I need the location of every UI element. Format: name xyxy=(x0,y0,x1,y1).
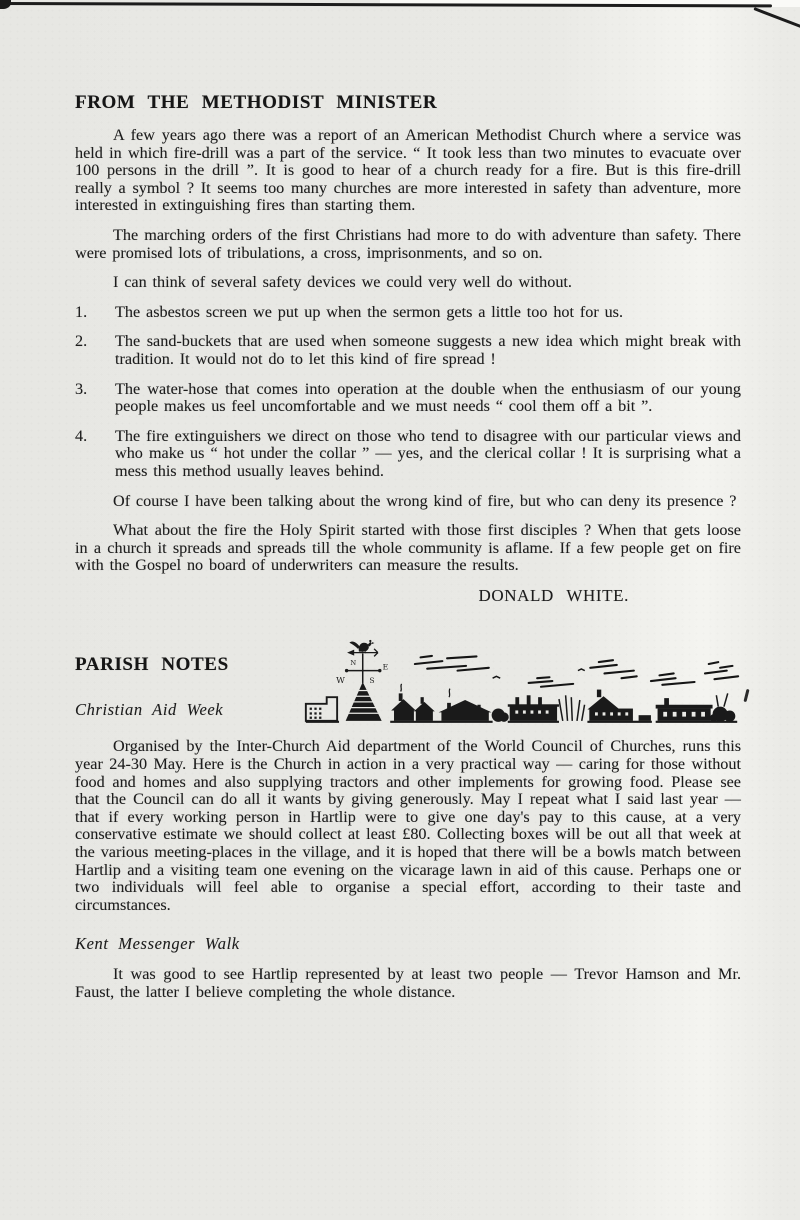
kent-messenger-walk-heading: Kent Messenger Walk xyxy=(75,934,741,954)
ink-speck xyxy=(743,689,749,702)
paragraph: Of course I have been talking about the … xyxy=(75,493,741,511)
parish-notes-titles: PARISH NOTES Christian Aid Week xyxy=(75,638,303,720)
weathervane-letter-w: W xyxy=(336,676,345,686)
item-number: 4. xyxy=(75,428,115,481)
scan-edge-top-right-line xyxy=(754,7,800,30)
numbered-item: 1. The asbestos screen we put up when th… xyxy=(75,304,741,322)
paragraph: The marching orders of the first Christi… xyxy=(75,227,741,262)
weathervane-letter-n: N xyxy=(350,659,356,667)
methodist-minister-heading: FROM THE METHODIST MINISTER xyxy=(75,92,741,114)
paragraph: What about the fire the Holy Spirit star… xyxy=(75,522,741,575)
item-text: The water-hose that comes into operation… xyxy=(115,381,741,416)
item-text: The asbestos screen we put up when the s… xyxy=(115,304,741,322)
item-text: The fire extinguishers we direct on thos… xyxy=(115,428,741,481)
village-skyline-illustration: N E S W xyxy=(303,636,741,728)
paragraph: It was good to see Hartlip represented b… xyxy=(75,966,741,1001)
page-content: FROM THE METHODIST MINISTER A few years … xyxy=(75,92,741,1014)
numbered-item: 4. The fire extinguishers we direct on t… xyxy=(75,428,741,481)
item-number: 1. xyxy=(75,304,115,322)
weathervane-letter-e: E xyxy=(383,663,389,672)
item-number: 3. xyxy=(75,381,115,416)
parish-notes-heading: PARISH NOTES xyxy=(75,654,303,676)
item-number: 2. xyxy=(75,333,115,368)
item-text: The sand-buckets that are used when some… xyxy=(115,333,741,368)
paragraph: A few years ago there was a report of an… xyxy=(75,127,741,215)
christian-aid-week-heading: Christian Aid Week xyxy=(75,700,303,720)
scan-corner-mark xyxy=(0,0,11,9)
numbered-item: 2. The sand-buckets that are used when s… xyxy=(75,333,741,368)
signature: DONALD WHITE. xyxy=(75,587,741,605)
weathervane-letter-s: S xyxy=(369,676,374,685)
scanned-page: FROM THE METHODIST MINISTER A few years … xyxy=(0,0,800,1220)
paragraph: I can think of several safety devices we… xyxy=(75,274,741,292)
paragraph: Organised by the Inter-Church Aid depart… xyxy=(75,738,741,914)
parish-notes-header: PARISH NOTES Christian Aid Week xyxy=(75,638,741,728)
numbered-item: 3. The water-hose that comes into operat… xyxy=(75,381,741,416)
